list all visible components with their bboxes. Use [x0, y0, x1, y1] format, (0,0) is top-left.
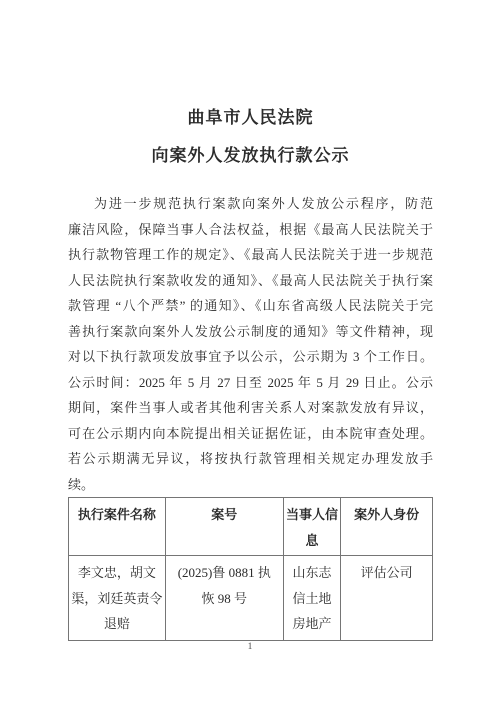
court-name-title: 曲阜市人民法院 [68, 106, 433, 130]
table-row: 李文忠，胡文渠，刘廷英责令退赔 (2025)鲁 0881 执恢 98 号 山东志… [69, 556, 433, 641]
header-case-number: 案号 [165, 498, 283, 556]
header-party-info: 当事人信息 [283, 498, 340, 556]
page-number: 1 [0, 642, 500, 652]
header-case-name: 执行案件名称 [69, 498, 166, 556]
notice-title: 向案外人发放执行款公示 [68, 144, 433, 168]
enforcement-cases-table: 执行案件名称 案号 当事人信息 案外人身份 李文忠，胡文渠，刘廷英责令退赔 (2… [68, 497, 433, 641]
notice-body-paragraph: 为进一步规范执行案款向案外人发放公示程序，防范廉洁风险，保障当事人合法权益，根据… [68, 191, 433, 497]
notice-content: 曲阜市人民法院 向案外人发放执行款公示 为进一步规范执行案款向案外人发放公示程序… [68, 0, 433, 641]
cell-case-name: 李文忠，胡文渠，刘廷英责令退赔 [69, 556, 166, 641]
cell-party-info: 山东志信土地房地产 [283, 556, 340, 641]
header-outsider-identity: 案外人身份 [341, 498, 433, 556]
cell-case-number: (2025)鲁 0881 执恢 98 号 [165, 556, 283, 641]
cell-outsider-identity: 评估公司 [341, 556, 433, 641]
table-header-row: 执行案件名称 案号 当事人信息 案外人身份 [69, 498, 433, 556]
notice-page: 曲阜市人民法院 向案外人发放执行款公示 为进一步规范执行案款向案外人发放公示程序… [0, 0, 500, 707]
